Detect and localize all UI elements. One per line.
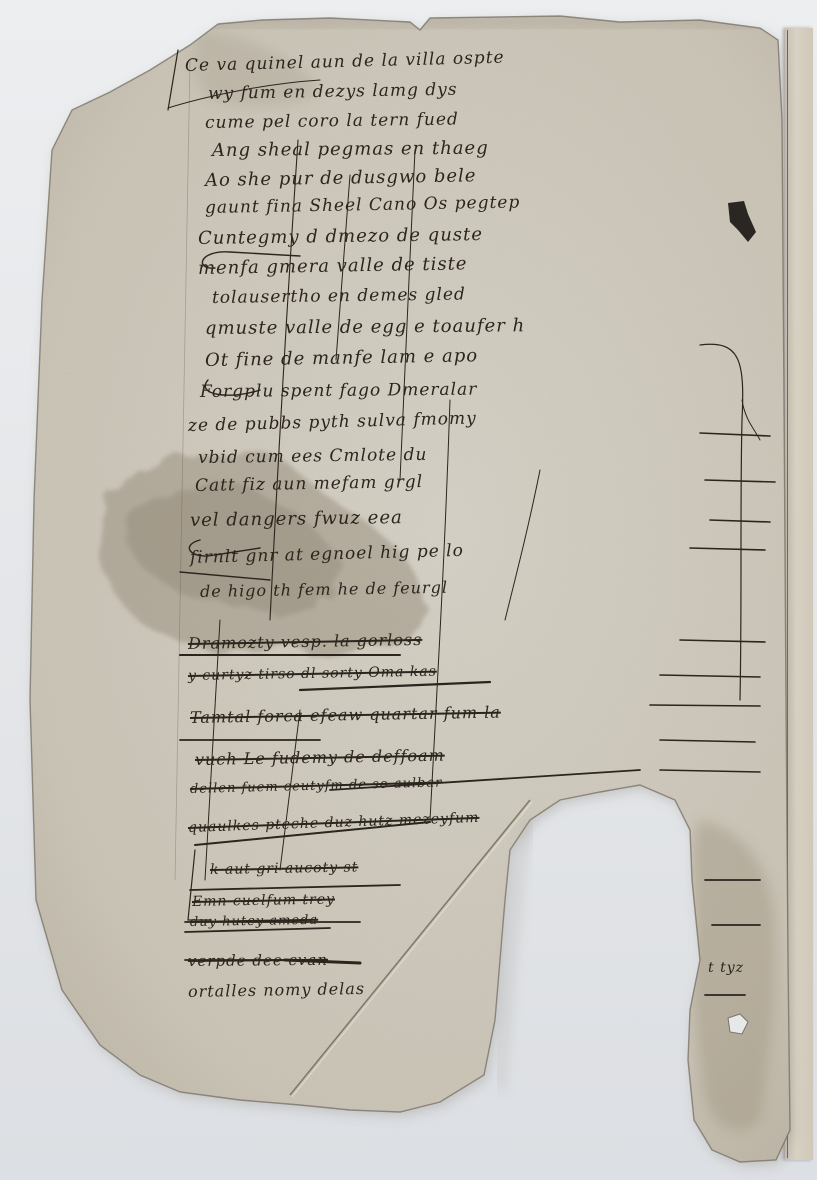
- right-margin-fragment: t tyz: [708, 960, 744, 976]
- manuscript-line-9: tolausertho en demes gled: [212, 284, 466, 308]
- manuscript-photo: Ce va quinel aun de la villa ospte wy fu…: [0, 0, 817, 1180]
- manuscript-line-27-struck: duy hutey ameda: [190, 913, 318, 930]
- manuscript-line-16: vel dangers fwuz eea: [190, 507, 403, 531]
- manuscript-line-4: Ang sheal pegmas en thaeg: [212, 138, 489, 161]
- manuscript-line-14: vbid cum ees Cmlote du: [198, 445, 428, 468]
- manuscript-line-25-struck: k aut gri aucoty st: [210, 859, 359, 878]
- manuscript-line-7: Cuntegmy d dmezo de quste: [198, 224, 483, 249]
- manuscript-line-3: cume pel coro la tern fued: [205, 109, 459, 133]
- manuscript-line-12: Forgplu spent fago Dmeralar: [200, 380, 478, 402]
- manuscript-line-28-struck: verpde dee cvan: [188, 951, 328, 970]
- manuscript-line-15: Catt fiz aun mefam grgl: [195, 472, 424, 496]
- manuscript-line-29: ortalles nomy delas: [188, 979, 365, 1001]
- manuscript-line-10: qmuste valle de egg e toaufer h: [205, 315, 525, 339]
- manuscript-line-26-struck: Emn cuelfum trey: [192, 892, 335, 910]
